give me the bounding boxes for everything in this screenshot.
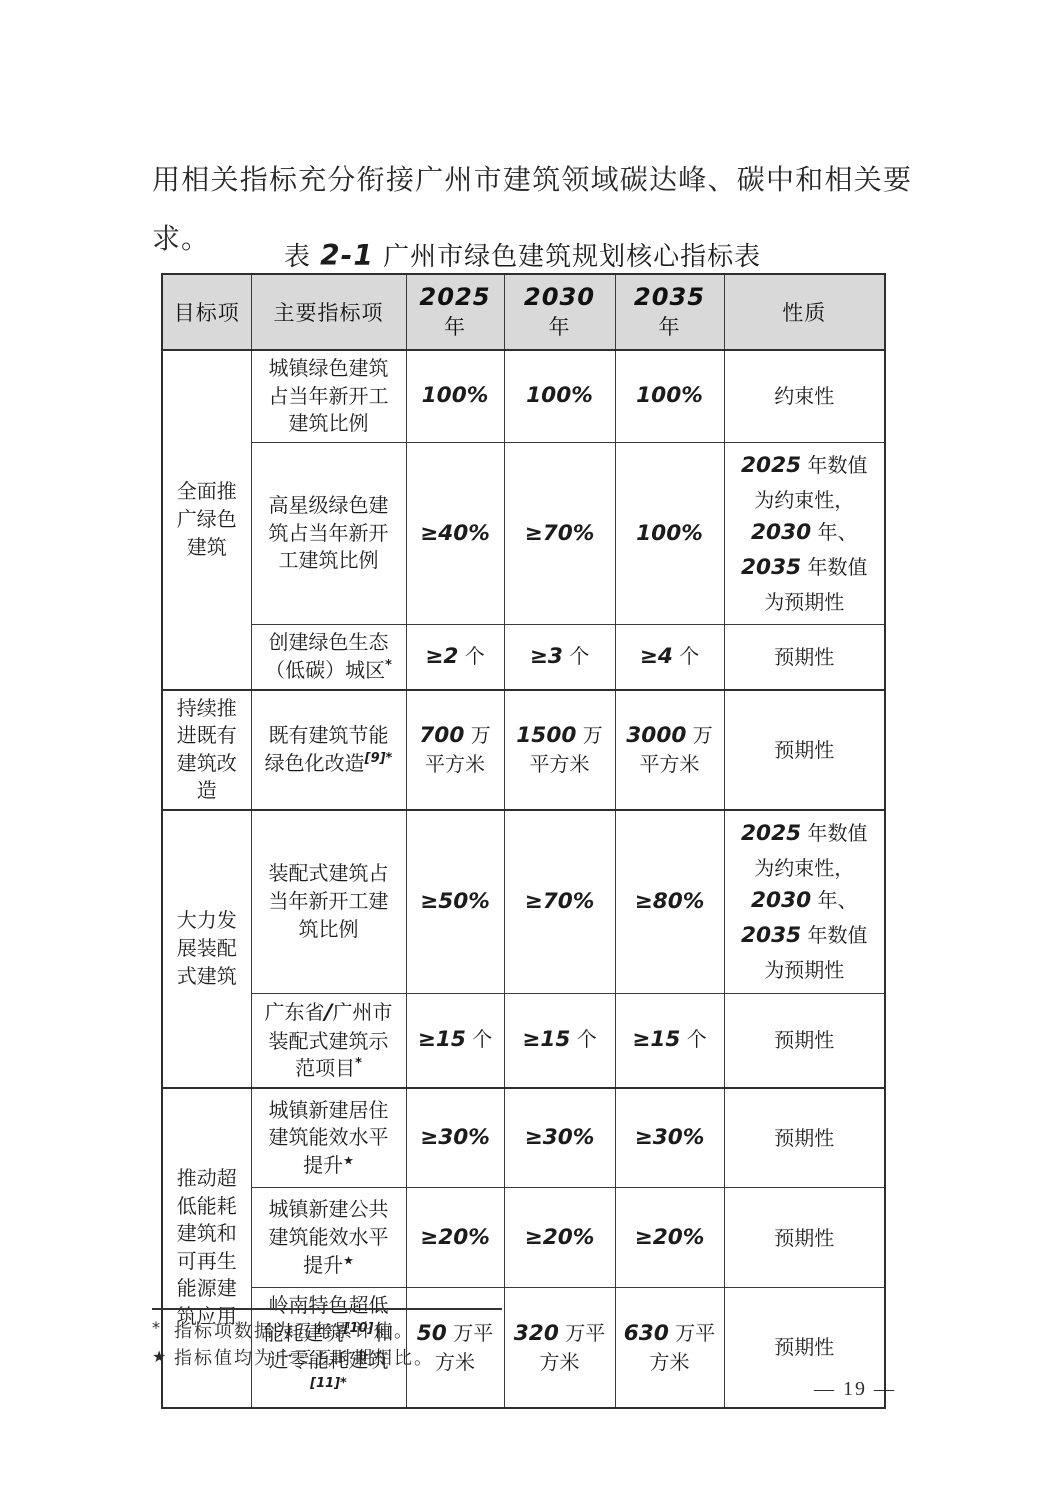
indicator-cell: 高星级绿色建筑占当年新开工建筑比例 [251, 442, 406, 625]
nature-cell: 预期性 [724, 690, 885, 810]
page-number: — 19 — [800, 1378, 910, 1401]
value-cell: ≥15 个 [406, 993, 504, 1087]
header-row: 目标项主要指标项2025年2030 年2035 年性质 [162, 274, 885, 350]
target-cell: 大力发展装配式建筑 [162, 810, 251, 1088]
document-page: 用相关指标充分衔接广州市建筑领域碳达峰、碳中和相关要求。 表 2-1 广州市绿色… [0, 0, 1050, 1485]
table-body: 全面推广绿色建筑城镇绿色建筑占当年新开工建筑比例100%100%100%约束性高… [162, 350, 885, 1408]
footnote-text: 指标项数据为五年累计值。 [174, 1318, 414, 1345]
value-cell: ≥30% [504, 1088, 615, 1188]
footnote-marker-star: ★ [152, 1345, 174, 1369]
table-row: 城镇新建公共建筑能效水平提升★≥20%≥20%≥20%预期性 [162, 1188, 885, 1288]
value-cell: ≥70% [504, 810, 615, 993]
nature-cell: 2025 年数值为约束性，2030 年、2035 年数值为预期性 [724, 442, 885, 625]
table-row: 高星级绿色建筑占当年新开工建筑比例≥40%≥70%100%2025 年数值为约束… [162, 442, 885, 625]
footnote-reference: ★ [343, 1153, 354, 1167]
nature-cell: 预期性 [724, 993, 885, 1087]
table-row: 推动超低能耗建筑和可再生能源建筑应用城镇新建居住建筑能效水平提升★≥30%≥30… [162, 1088, 885, 1188]
value-cell: 700 万平方米 [406, 690, 504, 810]
nature-cell: 预期性 [724, 625, 885, 690]
value-cell: ≥40% [406, 442, 504, 625]
nature-cell: 约束性 [724, 350, 885, 442]
table-row: 全面推广绿色建筑城镇绿色建筑占当年新开工建筑比例100%100%100%约束性 [162, 350, 885, 442]
footnote-reference: [11]* [310, 1376, 347, 1390]
table-title: 表 2-1 广州市绿色建筑规划核心指标表 [161, 236, 884, 273]
header-cell: 2030 年 [504, 274, 615, 350]
footnote-marker-asterisk: * [152, 1316, 174, 1340]
value-cell: ≥4 个 [615, 625, 724, 690]
table-row: 广东省/广州市装配式建筑示范项目*≥15 个≥15 个≥15 个预期性 [162, 993, 885, 1087]
nature-cell: 预期性 [724, 1188, 885, 1288]
indicator-cell: 既有建筑节能绿色化改造[9]* [251, 690, 406, 810]
value-cell: 100% [406, 350, 504, 442]
footnote-reference: ★ [343, 1253, 354, 1267]
value-cell: ≥30% [406, 1088, 504, 1188]
footnote-separator [152, 1308, 502, 1310]
value-cell: ≥50% [406, 810, 504, 993]
table-row: 创建绿色生态（低碳）城区*≥2 个≥3 个≥4 个预期性 [162, 625, 885, 690]
value-cell: 100% [615, 442, 724, 625]
footnote-reference: * [385, 658, 392, 672]
footnote-reference: * [355, 1056, 362, 1070]
indicators-table: 目标项主要指标项2025年2030 年2035 年性质 全面推广绿色建筑城镇绿色… [161, 273, 886, 1409]
target-cell: 持续推进既有建筑改造 [162, 690, 251, 810]
value-cell: ≥20% [406, 1188, 504, 1288]
indicator-cell: 城镇新建公共建筑能效水平提升★ [251, 1188, 406, 1288]
footnote-item: ★ 指标值均为十三五时期相比。 [152, 1345, 752, 1372]
target-cell: 全面推广绿色建筑 [162, 350, 251, 690]
value-cell: ≥80% [615, 810, 724, 993]
value-cell: ≥30% [615, 1088, 724, 1188]
footnote-text: 指标值均为十三五时期相比。 [174, 1345, 434, 1372]
header-cell: 性质 [724, 274, 885, 350]
value-cell: ≥20% [504, 1188, 615, 1288]
value-cell: ≥3 个 [504, 625, 615, 690]
indicator-cell: 广东省/广州市装配式建筑示范项目* [251, 993, 406, 1087]
header-cell: 2025年 [406, 274, 504, 350]
value-cell: ≥15 个 [615, 993, 724, 1087]
value-cell: ≥20% [615, 1188, 724, 1288]
indicator-cell: 城镇绿色建筑占当年新开工建筑比例 [251, 350, 406, 442]
header-cell: 主要指标项 [251, 274, 406, 350]
table-row: 持续推进既有建筑改造既有建筑节能绿色化改造[9]*700 万平方米1500 万平… [162, 690, 885, 810]
indicator-cell: 装配式建筑占当年新开工建筑比例 [251, 810, 406, 993]
indicator-cell: 创建绿色生态（低碳）城区* [251, 625, 406, 690]
nature-cell: 2025 年数值为约束性，2030 年、2035 年数值为预期性 [724, 810, 885, 993]
value-cell: ≥70% [504, 442, 615, 625]
table-row: 大力发展装配式建筑装配式建筑占当年新开工建筑比例≥50%≥70%≥80%2025… [162, 810, 885, 993]
value-cell: 1500 万平方米 [504, 690, 615, 810]
nature-cell: 预期性 [724, 1088, 885, 1188]
value-cell: 3000 万平方米 [615, 690, 724, 810]
header-cell: 2035 年 [615, 274, 724, 350]
footnote-reference: [9]* [365, 751, 393, 765]
header-cell: 目标项 [162, 274, 251, 350]
value-cell: ≥15 个 [504, 993, 615, 1087]
indicator-cell: 城镇新建居住建筑能效水平提升★ [251, 1088, 406, 1188]
table-header: 目标项主要指标项2025年2030 年2035 年性质 [162, 274, 885, 350]
value-cell: 100% [504, 350, 615, 442]
value-cell: 100% [615, 350, 724, 442]
footnote-item: * 指标项数据为五年累计值。 [152, 1318, 752, 1345]
footnotes: * 指标项数据为五年累计值。 ★ 指标值均为十三五时期相比。 [152, 1318, 752, 1372]
value-cell: ≥2 个 [406, 625, 504, 690]
